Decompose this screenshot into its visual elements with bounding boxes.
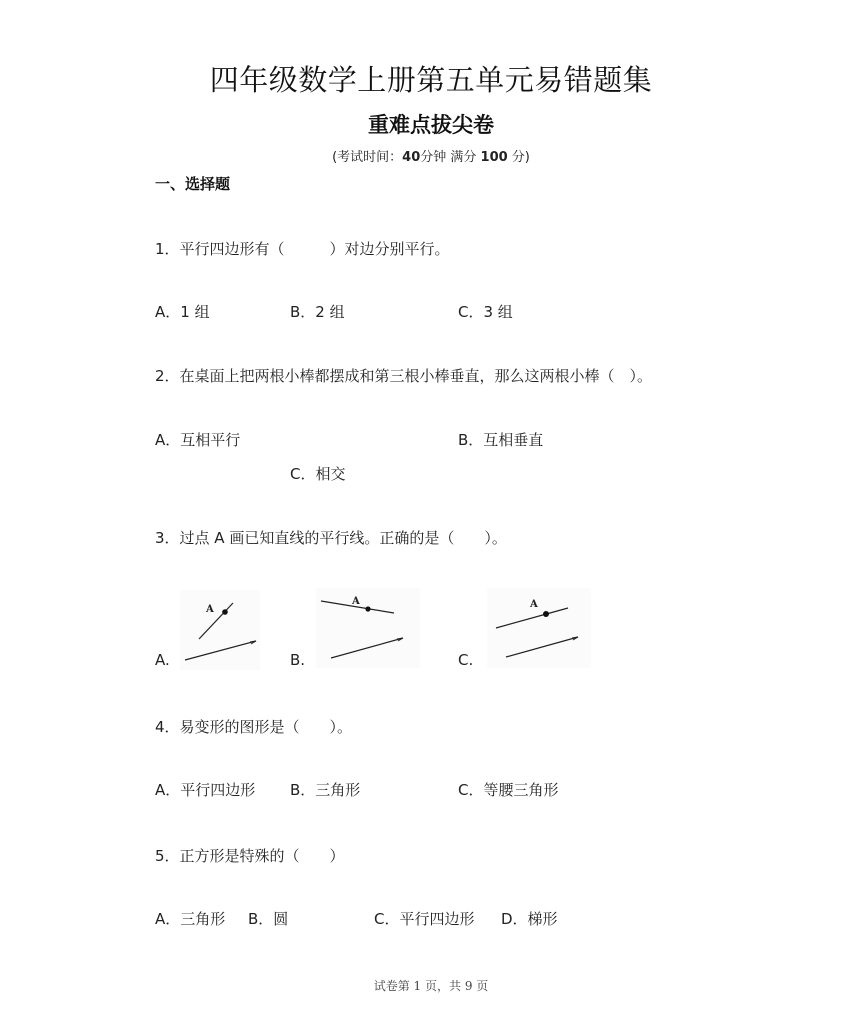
question-3-option-b-label: B. (290, 651, 305, 669)
question-5-option-c: C．平行四边形 (374, 908, 474, 929)
question-3-option-c-label: C. (458, 651, 473, 669)
full-score-suffix: 分) (508, 150, 530, 165)
question-2-option-a: A．互相平行 (155, 429, 240, 450)
full-score: 100 (481, 150, 508, 165)
question-1-option-b: B．2 组 (290, 301, 345, 322)
question-3-diagram-b: A (316, 588, 420, 668)
question-4-option-a: A．平行四边形 (155, 779, 255, 800)
question-4-option-c: C．等腰三角形 (458, 779, 558, 800)
question-2-option-c: C．相交 (290, 463, 345, 484)
diagram-a-lines: A (180, 590, 260, 670)
diagram-c-lines: A (487, 588, 591, 668)
question-3-text: 3．过点 A 画已知直线的平行线。正确的是（ ）。 (155, 527, 507, 548)
page-footer: 试卷第 1 页，共 9 页 (0, 977, 862, 994)
question-1-option-a: A．1 组 (155, 301, 210, 322)
question-3-diagram-a: A (180, 590, 260, 670)
question-3-diagram-c: A (487, 588, 591, 668)
point-a-label: A (351, 596, 360, 607)
question-1-text: 1．平行四边形有（ ）对边分别平行。 (155, 238, 450, 259)
question-5-option-a: A．三角形 (155, 908, 225, 929)
question-5-option-b: B．圆 (248, 908, 288, 929)
exam-info-prefix: (考试时间： (332, 150, 402, 165)
point-a-label: A (529, 599, 538, 610)
diagram-b-lines: A (316, 588, 420, 668)
exam-info: (考试时间：40分钟 满分 100 分) (0, 146, 862, 165)
page-title: 四年级数学上册第五单元易错题集 (0, 58, 862, 99)
question-2-text: 2．在桌面上把两根小棒都摆成和第三根小棒垂直，那么这两根小棒（ ）。 (155, 365, 652, 386)
question-1-option-c: C．3 组 (458, 301, 513, 322)
point-a-label: A (205, 604, 214, 615)
page-subtitle: 重难点拔尖卷 (0, 109, 862, 139)
question-5-text: 5．正方形是特殊的（ ） (155, 845, 345, 866)
exam-time-unit: 分钟 满分 (420, 150, 480, 165)
question-4-option-b: B．三角形 (290, 779, 360, 800)
section-heading: 一、选择题 (155, 173, 230, 194)
question-5-option-d: D．梯形 (501, 908, 558, 929)
exam-time: 40 (402, 150, 420, 165)
question-2-option-b: B．互相垂直 (458, 429, 543, 450)
question-4-text: 4．易变形的图形是（ ）。 (155, 716, 352, 737)
question-3-option-a-label: A. (155, 651, 170, 669)
